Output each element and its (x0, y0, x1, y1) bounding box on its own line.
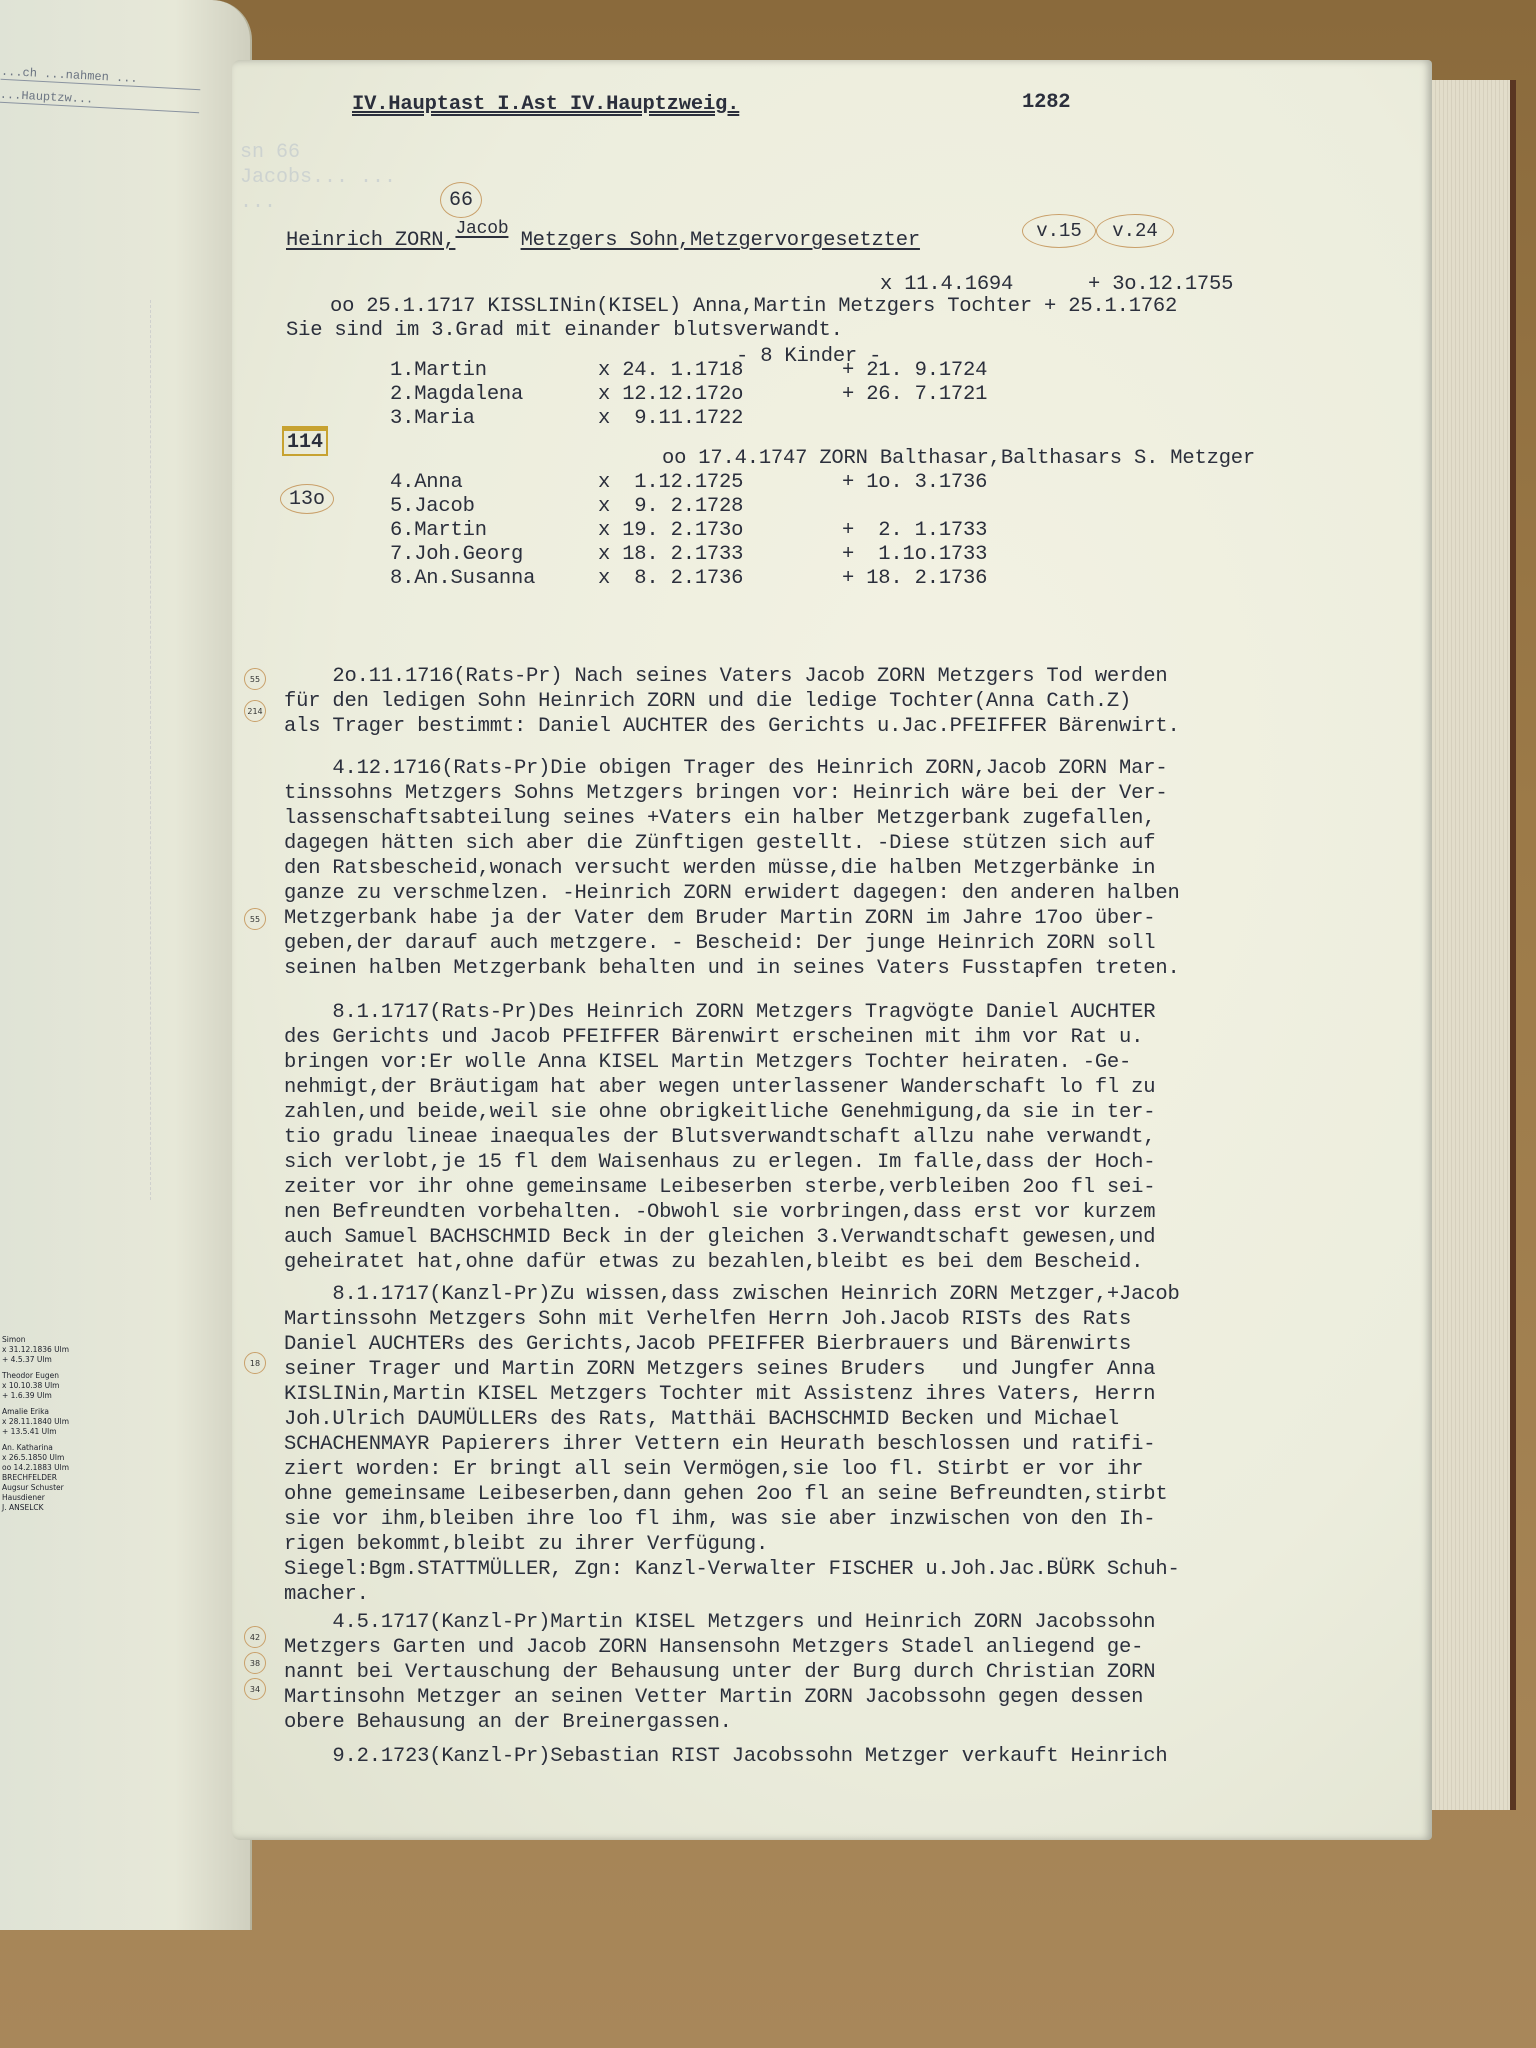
handwritten-note-group: Simonx 31.12.1836 Ulm+ 4.5.37 Ulm (2, 1335, 112, 1365)
margin-reference-mark: 214 (244, 700, 266, 722)
circled-ref-130: 13o (280, 484, 334, 514)
entry-line: geben,der darauf auch metzgere. - Besche… (284, 931, 1424, 956)
entry-line: nehmigt,der Bräutigam hat aber wegen unt… (284, 1075, 1424, 1100)
child-birth: x 24. 1.1718 (598, 358, 743, 383)
record-entry: 9.2.1723(Kanzl-Pr)Sebastian RIST Jacobss… (284, 1744, 1424, 1769)
handwritten-note-line: Augsur Schuster (2, 1483, 112, 1493)
entry-line: SCHACHENMAYR Papierers ihrer Vettern ein… (284, 1432, 1424, 1457)
handwritten-note-line: BRECHFELDER (2, 1473, 112, 1483)
entry-line: 8.1.1717(Kanzl-Pr)Zu wissen,dass zwische… (284, 1282, 1424, 1307)
entry-line: dagegen hätten sich aber die Zünftigen g… (284, 831, 1424, 856)
page-number: 1282 (1022, 90, 1070, 115)
record-entry: 2o.11.1716(Rats-Pr) Nach seines Vaters J… (284, 664, 1424, 739)
child-birth: x 9.11.1722 (598, 406, 743, 431)
margin-reference-mark: 34 (244, 1678, 266, 1700)
person-name-inserted: Jacob (455, 219, 508, 239)
record-entry: 4.12.1716(Rats-Pr)Die obigen Trager des … (284, 756, 1424, 981)
child-death: + 1o. 3.1736 (842, 470, 987, 495)
handwritten-note-line: Amalie Erika (2, 1407, 112, 1417)
entry-line: sie vor ihm,bleiben ihre loo fl ihm, was… (284, 1507, 1424, 1532)
maria-marriage: oo 17.4.1747 ZORN Balthasar,Balthasars S… (662, 446, 1255, 471)
handwritten-note-group: An. Katharinax 26.5.1850 Ulmoo 14.2.1883… (2, 1443, 112, 1513)
entry-line: tio gradu lineae inaequales der Blutsver… (284, 1125, 1424, 1150)
handwritten-note-line: x 31.12.1836 Ulm (2, 1345, 112, 1355)
boxed-ref-114: 114 (282, 426, 328, 456)
handwritten-note-line: + 4.5.37 Ulm (2, 1355, 112, 1365)
handwritten-note-group: Theodor Eugenx 10.10.38 Ulm+ 1.6.39 Ulm (2, 1371, 112, 1401)
entry-line: nen Befreundten vorbehalten. -Obwohl sie… (284, 1200, 1424, 1225)
handwritten-note-line: x 10.10.38 Ulm (2, 1381, 112, 1391)
entry-line: 9.2.1723(Kanzl-Pr)Sebastian RIST Jacobss… (284, 1744, 1424, 1769)
marriage-line: oo 25.1.1717 KISSLINin(KISEL) Anna,Marti… (330, 294, 1177, 319)
entry-line: 4.12.1716(Rats-Pr)Die obigen Trager des … (284, 756, 1424, 781)
entry-line: Martinssohn Metzgers Sohn mit Verhelfen … (284, 1307, 1424, 1332)
entry-line: 4.5.1717(Kanzl-Pr)Martin KISEL Metzgers … (284, 1610, 1424, 1635)
left-page-header: ...ch ...nahmen ... ...Hauptzw... (0, 65, 201, 121)
entry-line: Metzgerbank habe ja der Vater dem Bruder… (284, 906, 1424, 931)
handwritten-notes: Simonx 31.12.1836 Ulm+ 4.5.37 UlmTheodor… (2, 1335, 112, 1519)
handwritten-note-line: J. ANSELCK (2, 1503, 112, 1513)
entry-line: Metzgers Garten und Jacob ZORN Hansensoh… (284, 1635, 1424, 1660)
child-death: + 1.1o.1733 (842, 542, 987, 567)
entry-line: ohne gemeinsame Leibeserben,dann gehen 2… (284, 1482, 1424, 1507)
child-birth: x 19. 2.173o (598, 518, 743, 543)
circled-ref-66: 66 (440, 182, 482, 218)
entry-line: auch Samuel BACHSCHMID Beck in der gleic… (284, 1225, 1424, 1250)
entry-line: ganze zu verschmelzen. -Heinrich ZORN er… (284, 881, 1424, 906)
child-birth: x 18. 2.1733 (598, 542, 743, 567)
entry-line: Martinsohn Metzger an seinen Vetter Mart… (284, 1685, 1424, 1710)
entry-line: Daniel AUCHTERs des Gerichts,Jacob PFEIF… (284, 1332, 1424, 1357)
handwritten-note-line: x 26.5.1850 Ulm (2, 1453, 112, 1463)
entry-line: zahlen,und beide,weil sie ohne obrigkeit… (284, 1100, 1424, 1125)
child-name: 1.Martin (390, 358, 487, 383)
child-name: 3.Maria (390, 406, 475, 431)
entry-line: 2o.11.1716(Rats-Pr) Nach seines Vaters J… (284, 664, 1424, 689)
record-entry: 8.1.1717(Rats-Pr)Des Heinrich ZORN Metzg… (284, 1000, 1424, 1275)
verweis-v24: v.24 (1096, 214, 1174, 248)
entry-line: nannt bei Vertauschung der Behausung unt… (284, 1660, 1424, 1685)
record-entry: 8.1.1717(Kanzl-Pr)Zu wissen,dass zwische… (284, 1282, 1424, 1607)
handwritten-note-line: Simon (2, 1335, 112, 1345)
handwritten-note-group: Amalie Erikax 28.11.1840 Ulm+ 13.5.41 Ul… (2, 1407, 112, 1437)
child-name: 8.An.Susanna (390, 566, 535, 591)
person-line: Heinrich ZORN,Jacob Metzgers Sohn,Metzge… (286, 228, 920, 254)
child-death: + 26. 7.1721 (842, 382, 987, 407)
entry-line: lassenschaftsabteilung seines +Vaters ei… (284, 806, 1424, 831)
entry-line: tinssohns Metzgers Sohns Metzgers bringe… (284, 781, 1424, 806)
handwritten-note-line: An. Katharina (2, 1443, 112, 1453)
margin-reference-mark: 55 (244, 668, 266, 690)
margin-reference-mark: 55 (244, 908, 266, 930)
child-death: + 2. 1.1733 (842, 518, 987, 543)
child-birth: x 8. 2.1736 (598, 566, 743, 591)
handwritten-note-line: + 1.6.39 Ulm (2, 1391, 112, 1401)
entry-line: des Gerichts und Jacob PFEIFFER Bärenwir… (284, 1025, 1424, 1050)
entry-line: seiner Trager und Martin ZORN Metzgers s… (284, 1357, 1424, 1382)
entry-line: macher. (284, 1582, 1424, 1607)
margin-reference-mark: 38 (244, 1652, 266, 1674)
child-birth: x 1.12.1725 (598, 470, 743, 495)
person-name-prefix: Heinrich ZORN, (286, 229, 455, 252)
child-birth: x 12.12.172o (598, 382, 743, 407)
record-entry: 4.5.1717(Kanzl-Pr)Martin KISEL Metzgers … (284, 1610, 1424, 1735)
entry-line: sich verlobt,je 15 fl dem Waisenhaus zu … (284, 1150, 1424, 1175)
left-page: ...ch ...nahmen ... ...Hauptzw... Simonx… (0, 0, 252, 1930)
entry-line: geheiratet hat,ohne dafür etwas zu bezah… (284, 1250, 1424, 1275)
entry-line: obere Behausung an der Breinergassen. (284, 1710, 1424, 1735)
section-heading: IV.Hauptast I.Ast IV.Hauptzweig. (352, 92, 739, 117)
entry-line: bringen vor:Er wolle Anna KISEL Martin M… (284, 1050, 1424, 1075)
child-death: + 21. 9.1724 (842, 358, 987, 383)
left-header-line: ...Hauptzw... (0, 88, 200, 113)
kinship-note: Sie sind im 3.Grad mit einander blutsver… (286, 318, 843, 343)
entry-line: Joh.Ulrich DAUMÜLLERs des Rats, Matthäi … (284, 1407, 1424, 1432)
entry-line: rigen bekommt,bleibt zu ihrer Verfügung. (284, 1532, 1424, 1557)
entry-line: 8.1.1717(Rats-Pr)Des Heinrich ZORN Metzg… (284, 1000, 1424, 1025)
child-name: 7.Joh.Georg (390, 542, 523, 567)
child-name: 6.Martin (390, 518, 487, 543)
child-death: + 18. 2.1736 (842, 566, 987, 591)
entry-line: den Ratsbescheid,wonach versucht werden … (284, 856, 1424, 881)
child-name: 2.Magdalena (390, 382, 523, 407)
entry-line: seinen halben Metzgerbank behalten und i… (284, 956, 1424, 981)
entry-line: ziert worden: Er bringt all sein Vermöge… (284, 1457, 1424, 1482)
child-name: 4.Anna (390, 470, 463, 495)
entry-line: als Trager bestimmt: Daniel AUCHTER des … (284, 714, 1424, 739)
handwritten-note-line: Theodor Eugen (2, 1371, 112, 1381)
entry-line: für den ledigen Sohn Heinrich ZORN und d… (284, 689, 1424, 714)
person-occupation: Metzgers Sohn,Metzgervorgesetzter (521, 229, 920, 252)
entry-line: KISLINin,Martin KISEL Metzgers Tochter m… (284, 1382, 1424, 1407)
margin-reference-mark: 42 (244, 1626, 266, 1648)
handwritten-note-line: x 28.11.1840 Ulm (2, 1417, 112, 1427)
verweis-v15: v.15 (1022, 214, 1096, 248)
margin-reference-mark: 18 (244, 1352, 266, 1374)
book-page-edges (1420, 80, 1516, 1810)
entry-line: Siegel:Bgm.STATTMÜLLER, Zgn: Kanzl-Verwa… (284, 1557, 1424, 1582)
child-birth: x 9. 2.1728 (598, 494, 743, 519)
left-header-line: ...ch ...nahmen ... (1, 65, 202, 90)
handwritten-note-line: Hausdiener (2, 1493, 112, 1503)
handwritten-note-line: + 13.5.41 Ulm (2, 1427, 112, 1437)
child-name: 5.Jacob (390, 494, 475, 519)
faint-pencil-sketch (150, 300, 231, 1200)
handwritten-note-line: oo 14.2.1883 Ulm (2, 1463, 112, 1473)
entry-line: zeiter vor ihr ohne gemeinsame Leibeserb… (284, 1175, 1424, 1200)
